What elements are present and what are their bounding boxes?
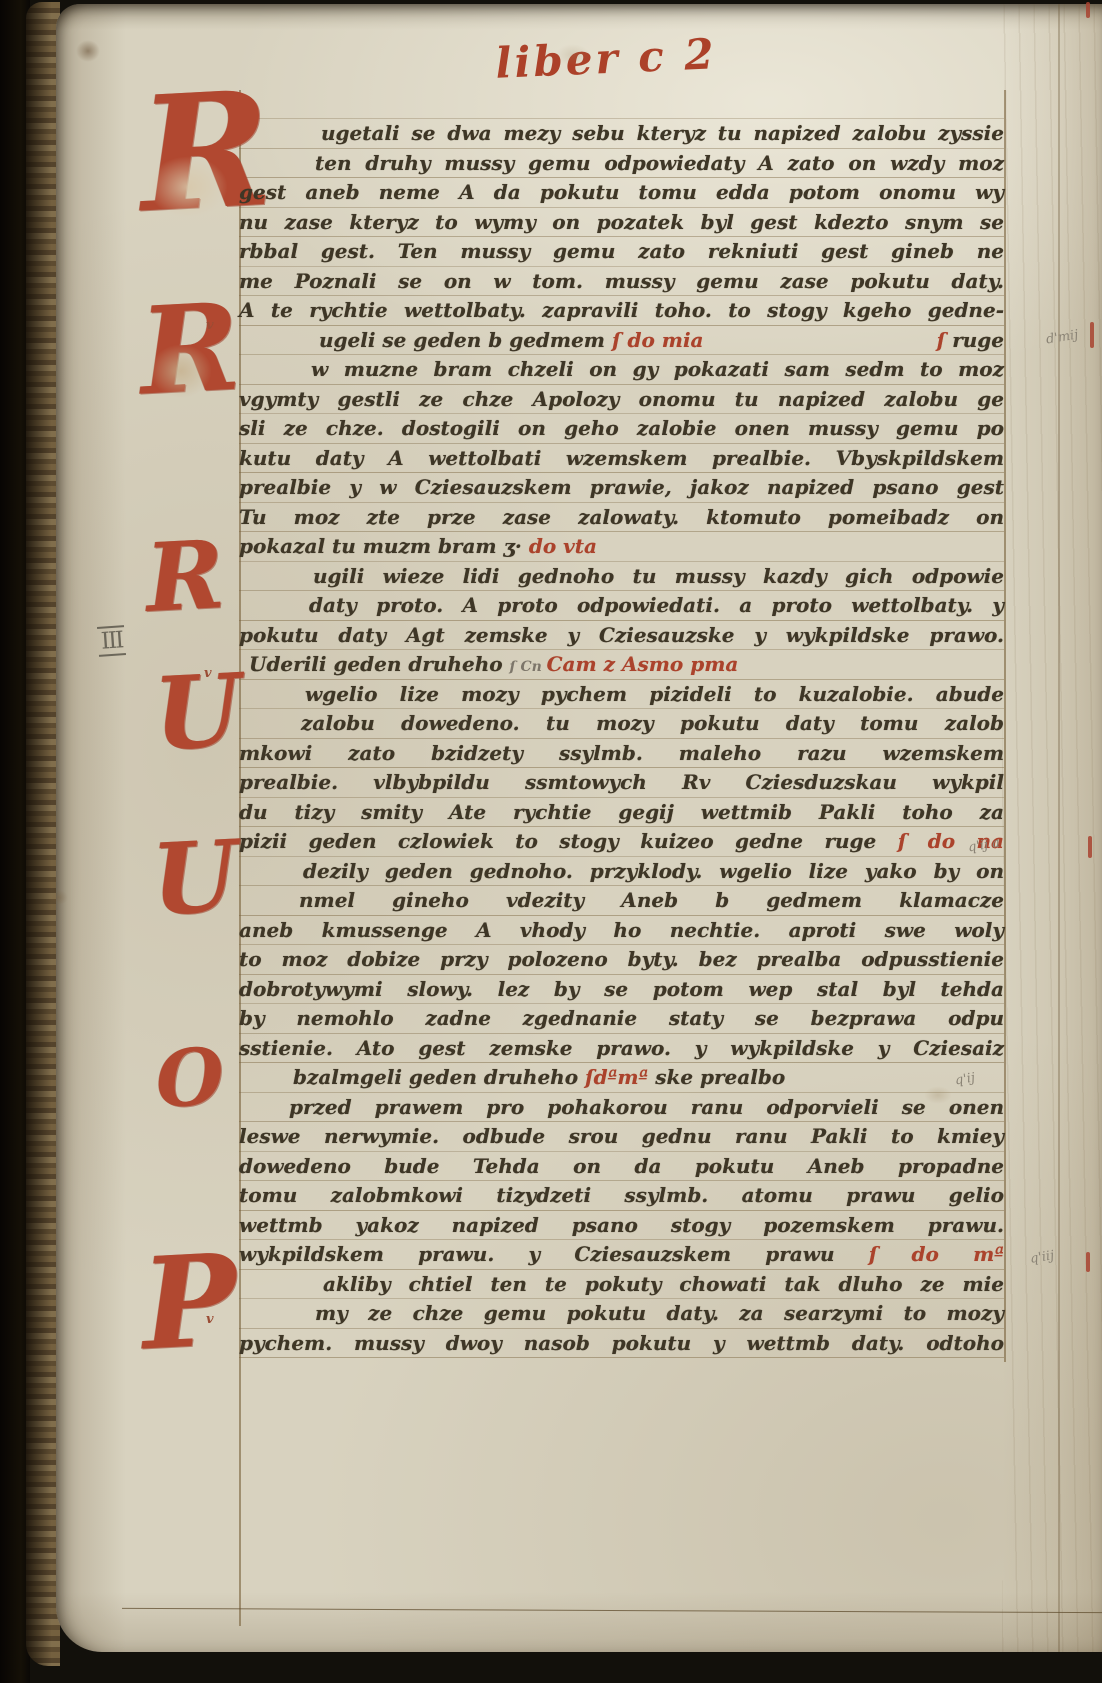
fore-edge-red-mark [1088, 836, 1092, 858]
body-text: wettmb yakoz napized psano stogy pozemsk… [239, 1213, 1004, 1237]
body-text: pokazal tu muzm bram ʒ· [239, 534, 529, 558]
rubric-text: Cam z Asmo pma [547, 652, 739, 676]
text-line: pychem. mussy dwoy nasob pokutu y wettmb… [239, 1328, 1004, 1358]
rubric-text: do vta [529, 534, 597, 558]
illuminated-initial: U [152, 670, 243, 754]
body-text: dowedeno bude Tehda on da pokutu Aneb pr… [239, 1154, 1004, 1178]
running-title: liber c 2 [465, 28, 747, 89]
text-line: mkowi zato bzidzety ssylmb. maleho razu … [239, 738, 1004, 768]
body-text: nmel gineho vdezity Aneb b gedmem klamac… [299, 888, 1004, 912]
text-line: Uderili geden druheho ſ Cn Cam z Asmo pm… [239, 649, 1004, 679]
body-text: dobrotywymi slowy. lez by se potom wep s… [239, 977, 1004, 1001]
text-line: du tizy smity Ate rychtie gegij wettmib … [239, 797, 1004, 827]
gloss-text: ſ Cn [510, 659, 547, 675]
body-text: my ze chze gemu pokutu daty. za searzymi… [315, 1301, 1004, 1325]
body-text: Tu moz zte prze zase zalowaty. ktomuto p… [239, 505, 1004, 529]
text-line: vgymty gestli ze chze Apolozy onomu tu n… [239, 384, 1004, 414]
body-text: Uderili geden druheho [249, 652, 510, 676]
text-line: nu zase kteryz to wymy on pozatek byl ge… [239, 207, 1004, 237]
body-text: akliby chtiel ten te pokuty chowati tak … [323, 1272, 1004, 1296]
text-line: dezily geden gednoho. przyklody. wgelio … [239, 856, 1004, 886]
fore-edge-crease [1058, 4, 1060, 1652]
body-text: ske prealbo [648, 1065, 785, 1089]
text-line: daty proto. A proto odpowiedati. a proto… [239, 590, 1004, 620]
fore-edge-red-mark [1086, 1252, 1090, 1272]
body-text: prealbie. vlbybpildu ssmtowych Rv Cziesd… [239, 770, 1004, 794]
body-text: leswe nerwymie. odbude srou gednu ranu P… [239, 1124, 1004, 1148]
body-text: me Poznali se on w tom. mussy gemu zase … [239, 269, 1004, 293]
text-line: akliby chtiel ten te pokuty chowati tak … [239, 1269, 1004, 1299]
body-text: gest aneb neme A da pokutu tomu edda pot… [239, 180, 1004, 204]
parchment-stain [148, 156, 228, 218]
body-text: wykpildskem prawu. y Cziesauzskem prawu [239, 1242, 869, 1266]
line-gap [704, 325, 937, 355]
page: liber c 2 Rugetali se dwa mezy sebu kter… [56, 4, 1102, 1652]
illuminated-initial: O [154, 1046, 225, 1112]
text-line: kutu daty A wettolbati wzemskem prealbie… [239, 443, 1004, 473]
body-text: tomu zalobmkowi tizydzeti ssylmb. atomu … [239, 1183, 1004, 1207]
text-line: sli ze chze. dostogili on geho zalobie o… [239, 413, 1004, 443]
rubricator-guide-mark: v [206, 1312, 214, 1327]
text-line: me Poznali se on w tom. mussy gemu zase … [239, 266, 1004, 296]
body-text: rbbal gest. Ten mussy gemu zato rekniuti… [239, 239, 1004, 263]
text-line: rbbal gest. Ten mussy gemu zato rekniuti… [239, 236, 1004, 266]
body-text: to moz dobize przy polozeno byty. bez pr… [239, 947, 1004, 971]
illuminated-initial: R [144, 538, 226, 617]
text-line: pokazal tu muzm bram ʒ· do vta [239, 531, 1004, 561]
parchment-stain [556, 44, 590, 66]
text-line: wgelio lize mozy pychem pizideli to kuza… [239, 679, 1004, 709]
body-text: ugetali se dwa mezy sebu kteryz tu napiz… [321, 121, 1004, 145]
body-text: dezily geden gednoho. przyklody. wgelio … [303, 859, 1004, 883]
body-text: ugili wieze lidi gednoho tu mussy kazdy … [313, 564, 1004, 588]
body-text: w muzne bram chzeli on gy pokazati sam s… [311, 357, 1004, 381]
text-line: my ze chze gemu pokutu daty. za searzymi… [239, 1298, 1004, 1328]
text-line: przed prawem pro pohakorou ranu odporvie… [239, 1092, 1004, 1122]
body-text: du tizy smity Ate rychtie gegij wettmib … [239, 800, 1004, 824]
body-text: mkowi zato bzidzety ssylmb. maleho razu … [239, 741, 1004, 765]
text-line: to moz dobize przy polozeno byty. bez pr… [239, 944, 1004, 974]
illuminated-initial: P [139, 1250, 239, 1356]
text-line: prealbie y w Cziesauzskem prawie, jakoz … [239, 472, 1004, 502]
text-line: zalobu dowedeno. tu mozy pokutu daty tom… [239, 708, 1004, 738]
text-line: ten druhy mussy gemu odpowiedaty A zato … [239, 148, 1004, 178]
rubric-text: ſ [937, 325, 946, 355]
fore-edge-shading [1002, 4, 1102, 1652]
text-line: wykpildskem prawu. y Cziesauzskem prawu … [239, 1239, 1004, 1269]
body-text: wgelio lize mozy pychem pizideli to kuza… [305, 682, 1004, 706]
rubric-text: ſdªmª [585, 1065, 648, 1089]
fore-edge-red-mark [1086, 2, 1090, 18]
text-line: pizii geden czlowiek to stogy kuizeo ged… [239, 826, 1004, 856]
text-line: pokutu daty Agt zemske y Cziesauzske y w… [239, 620, 1004, 650]
body-text: ruge [945, 325, 1004, 355]
fore-edge-red-mark [1090, 322, 1094, 348]
text-line: ugili wieze lidi gednoho tu mussy kazdy … [239, 561, 1004, 591]
body-text: A te rychtie wettolbaty. zapravili toho.… [239, 298, 1004, 322]
parchment-stain [50, 890, 68, 905]
text-line: gest aneb neme A da pokutu tomu edda pot… [239, 177, 1004, 207]
text-line: sstienie. Ato gest zemske prawo. y wykpi… [239, 1033, 1004, 1063]
body-text: sli ze chze. dostogili on geho zalobie o… [239, 416, 1004, 440]
rubric-text: ſ do mª [869, 1242, 1004, 1266]
rubricator-guide-mark: v [204, 666, 212, 681]
text-line: tomu zalobmkowi tizydzeti ssylmb. atomu … [239, 1180, 1004, 1210]
body-text: ten druhy mussy gemu odpowiedaty A zato … [315, 151, 1004, 175]
body-text: pychem. mussy dwoy nasob pokutu y wettmb… [239, 1331, 1004, 1355]
text-line: dowedeno bude Tehda on da pokutu Aneb pr… [239, 1151, 1004, 1181]
text-line: Tu moz zte prze zase zalowaty. ktomuto p… [239, 502, 1004, 532]
body-text: prealbie y w Cziesauzskem prawie, jakoz … [239, 475, 1004, 499]
body-text: pizii geden czlowiek to stogy kuizeo ged… [239, 829, 898, 853]
illuminated-initial: U [150, 838, 239, 921]
text-line: w muzne bram chzeli on gy pokazati sam s… [239, 354, 1004, 384]
text-line: ugetali se dwa mezy sebu kteryz tu napiz… [239, 118, 1004, 148]
text-line: prealbie. vlbybpildu ssmtowych Rv Cziesd… [239, 767, 1004, 797]
rubricator-guide-mark: v [206, 318, 214, 333]
parchment-stain [924, 1086, 952, 1104]
body-text: kutu daty A wettolbati wzemskem prealbie… [239, 446, 1004, 470]
text-line: aneb kmussenge A vhody ho nechtie. aprot… [239, 915, 1004, 945]
text-line: nmel gineho vdezity Aneb b gedmem klamac… [239, 885, 1004, 915]
right-margin-rule [1004, 90, 1006, 1362]
margin-numeral-iii: III [97, 625, 126, 657]
body-text: pokutu daty Agt zemske y Cziesauzske y w… [239, 623, 1004, 647]
body-text: zalobu dowedeno. tu mozy pokutu daty tom… [301, 711, 1004, 735]
text-line: by nemohlo zadne zgednanie staty se bezp… [239, 1003, 1004, 1033]
text-line: A te rychtie wettolbaty. zapravili toho.… [239, 295, 1004, 325]
text-line: ugeli se geden b gedmem ſ do miaſ ruge [239, 325, 1004, 355]
body-text: bzalmgeli geden druheho [293, 1065, 585, 1089]
body-text: nu zase kteryz to wymy on pozatek byl ge… [239, 210, 1004, 234]
body-text: przed prawem pro pohakorou ranu odporvie… [289, 1095, 1004, 1119]
photographed-manuscript: { "manuscript": { "header": "liber c 2",… [0, 0, 1102, 1683]
margin-note: q'ij [954, 1071, 976, 1089]
text-line: leswe nerwymie. odbude srou gednu ranu P… [239, 1121, 1004, 1151]
body-text: daty proto. A proto odpowiedati. a proto… [309, 593, 1004, 617]
text-line: dobrotywymi slowy. lez by se potom wep s… [239, 974, 1004, 1004]
parchment-stain [76, 40, 100, 62]
leaf-edges-strip [26, 2, 60, 1666]
body-text: sstienie. Ato gest zemske prawo. y wykpi… [239, 1036, 1004, 1060]
body-text: vgymty gestli ze chze Apolozy onomu tu n… [239, 387, 1004, 411]
body-text: aneb kmussenge A vhody ho nechtie. aprot… [239, 918, 1004, 942]
bottom-ruling-line [122, 1608, 1102, 1614]
parchment-stain [150, 344, 212, 398]
body-text: ugeli se geden b gedmem [319, 325, 612, 355]
rubric-text: ſ do mia [612, 325, 704, 355]
text-line: wettmb yakoz napized psano stogy pozemsk… [239, 1210, 1004, 1240]
text-line: bzalmgeli geden druheho ſdªmª ske prealb… [239, 1062, 1004, 1092]
body-text: by nemohlo zadne zgednanie staty se bezp… [239, 1006, 1004, 1030]
